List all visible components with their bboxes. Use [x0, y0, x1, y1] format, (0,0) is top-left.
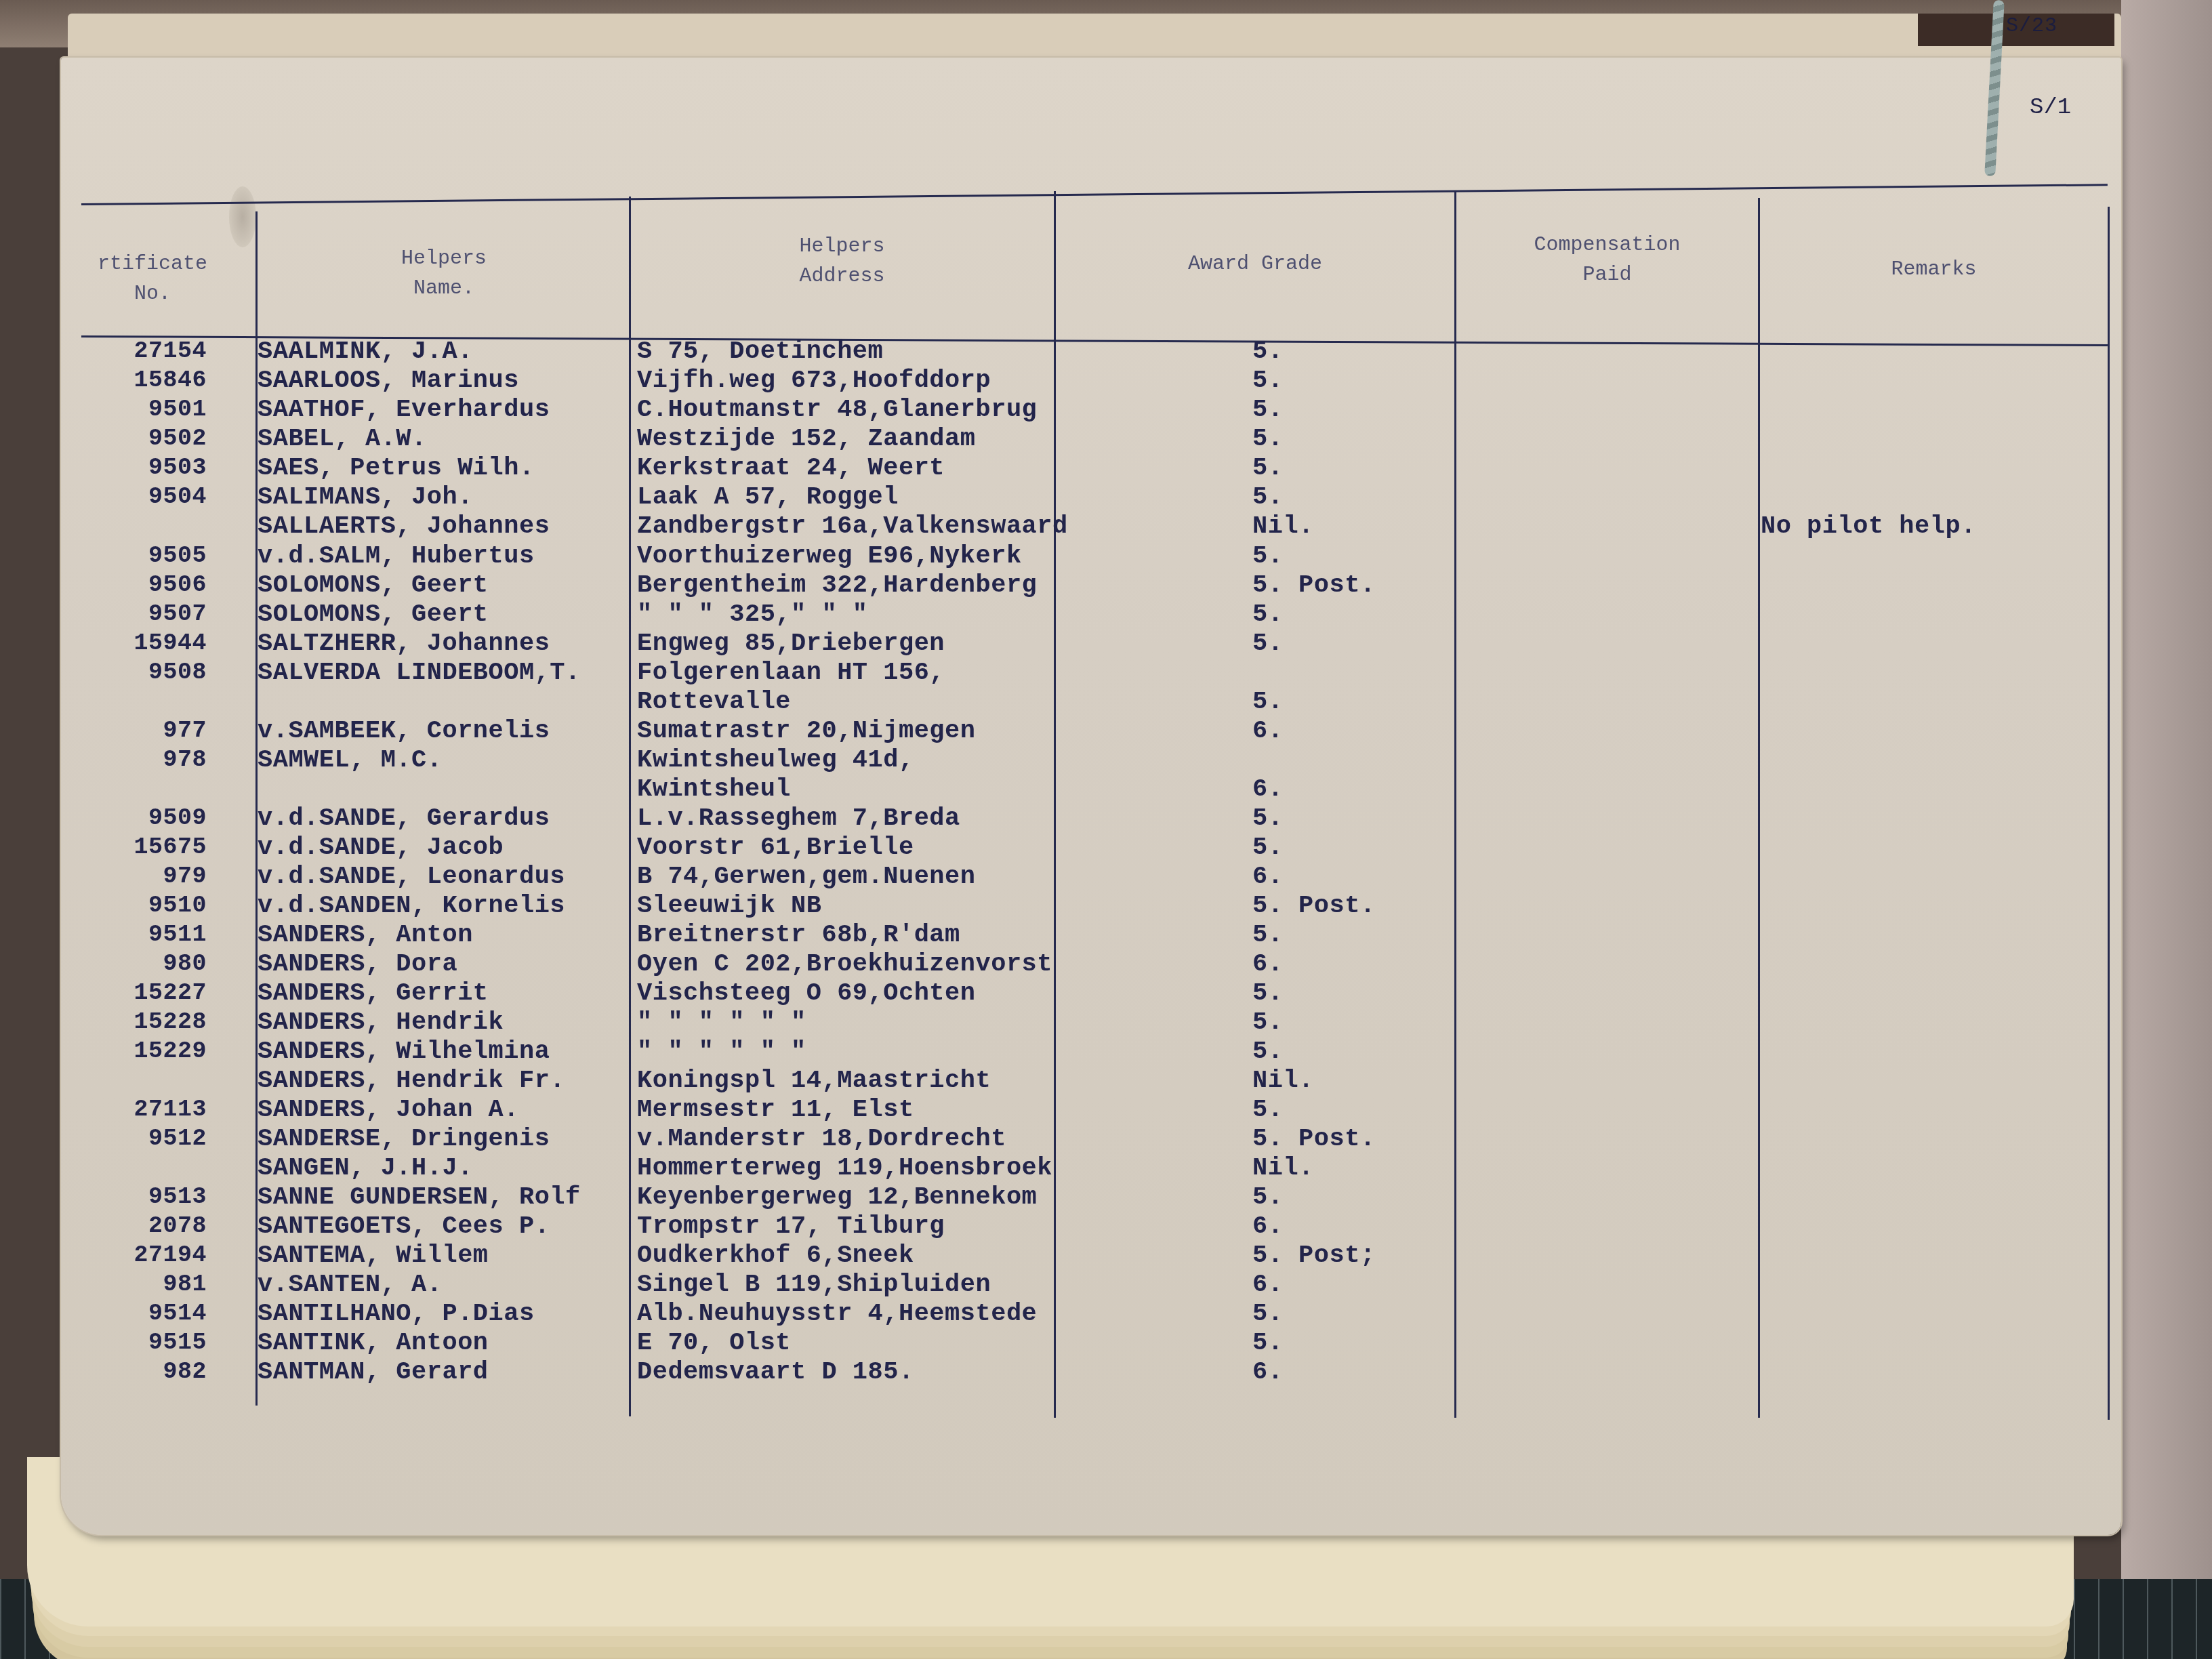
helper-name-cell: v.d.SANDE, Jacob	[258, 834, 504, 862]
helper-address-cell: " " " " " "	[637, 1008, 806, 1037]
table-row: 2078SANTEGOETS, Cees P.Trompstr 17, Tilb…	[0, 1212, 2212, 1242]
helper-name-cell: SAATHOF, Everhardus	[258, 396, 550, 424]
helper-name-cell: SALLAERTS, Johannes	[258, 512, 550, 541]
helper-name-cell: v.d.SALM, Hubertus	[258, 542, 535, 571]
table-row: 978SAMWEL, M.C.Kwintsheulweg 41d,6.Kwint…	[0, 746, 2212, 776]
helper-address-cell: Hommerterweg 119,Hoensbroek	[637, 1154, 1052, 1183]
helper-address-line2-cell: Rottevalle	[637, 688, 791, 716]
helper-address-cell: Zandbergstr 16a,Valkenswaard	[637, 512, 1068, 541]
helper-address-cell: Koningspl 14,Maastricht	[637, 1067, 991, 1095]
helper-name-cell: SANTMAN, Gerard	[258, 1358, 489, 1387]
award-grade-cell: 5.	[1252, 1300, 1283, 1328]
helper-name-cell: SANDERS, Johan A.	[258, 1096, 519, 1124]
certificate-no-cell: 9508	[105, 659, 207, 686]
header-certificate-no: rtificate No.	[75, 249, 230, 309]
punch-hole-icon	[229, 186, 256, 247]
certificate-no-cell: 9507	[105, 600, 207, 628]
award-grade-cell: 5. Post.	[1252, 571, 1376, 600]
helper-name-cell: SANTILHANO, P.Dias	[258, 1300, 535, 1328]
index-tab-label: S/23	[2006, 15, 2057, 38]
table-row: 9515SANTINK, AntoonE 70, Olst5.	[0, 1329, 2212, 1359]
table-row: 9510v.d.SANDEN, KornelisSleeuwijk NB5. P…	[0, 892, 2212, 922]
certificate-no-cell: 2078	[105, 1212, 207, 1240]
header-award-grade: Award Grade	[1056, 249, 1454, 279]
award-grade-cell: 5. Post;	[1252, 1242, 1376, 1270]
certificate-no-cell: 9506	[105, 571, 207, 598]
certificate-no-cell: 15228	[105, 1008, 207, 1036]
award-grade-cell: 6.	[1252, 1271, 1283, 1299]
header-compensation-paid: Compensation Paid	[1456, 230, 1758, 290]
helper-address-cell: Engweg 85,Driebergen	[637, 630, 945, 658]
table-row: 15228SANDERS, Hendrik" " " " " "5.	[0, 1008, 2212, 1038]
helper-address-cell: L.v.Rasseghem 7,Breda	[637, 804, 960, 833]
table-row: 9511SANDERS, AntonBreitnerstr 68b,R'dam5…	[0, 921, 2212, 951]
helper-address-cell: Trompstr 17, Tilburg	[637, 1212, 945, 1241]
certificate-no-cell: 9503	[105, 454, 207, 481]
table-row: SANGEN, J.H.J.Hommerterweg 119,Hoensbroe…	[0, 1154, 2212, 1184]
helper-name-cell: SAALMINK, J.A.	[258, 337, 473, 366]
helper-address-cell: Oudkerkhof 6,Sneek	[637, 1242, 914, 1270]
certificate-no-cell: 978	[105, 746, 207, 773]
award-grade-cell: 5.	[1252, 1038, 1283, 1066]
helper-name-cell: SANNE GUNDERSEN, Rolf	[258, 1183, 581, 1212]
helper-name-cell: SOLOMONS, Geert	[258, 600, 489, 629]
certificate-no-cell: 9504	[105, 483, 207, 510]
table-row: 9502SABEL, A.W.Westzijde 152, Zaandam5.	[0, 425, 2212, 455]
helper-name-cell: SALIMANS, Joh.	[258, 483, 473, 512]
certificate-no-cell: 9514	[105, 1300, 207, 1327]
table-row: 980SANDERS, DoraOyen C 202,Broekhuizenvo…	[0, 950, 2212, 980]
certificate-no-cell: 9509	[105, 804, 207, 832]
table-row: 9506SOLOMONS, GeertBergentheim 322,Harde…	[0, 571, 2212, 601]
award-grade-cell: 5.	[1252, 1183, 1283, 1212]
table-row: 9513SANNE GUNDERSEN, RolfKeyenbergerweg …	[0, 1183, 2212, 1213]
table-row: 9508SALVERDA LINDEBOOM,T.Folgerenlaan HT…	[0, 659, 2212, 689]
helper-name-cell: SANTEGOETS, Cees P.	[258, 1212, 550, 1241]
helper-address-cell: B 74,Gerwen,gem.Nuenen	[637, 863, 975, 891]
certificate-no-cell: 980	[105, 950, 207, 977]
helper-address-line2-cell: Kwintsheul	[637, 775, 791, 804]
helper-address-cell: Laak A 57, Roggel	[637, 483, 899, 512]
helper-address-cell: Alb.Neuhuysstr 4,Heemstede	[637, 1300, 1037, 1328]
award-grade-cell: 5.	[1252, 600, 1283, 629]
helper-name-cell: v.d.SANDE, Leonardus	[258, 863, 565, 891]
award-grade-cell: 5.	[1252, 1329, 1283, 1357]
helper-address-cell: " " " " " "	[637, 1038, 806, 1066]
certificate-no-cell: 982	[105, 1358, 207, 1385]
helper-address-cell: Vischsteeg O 69,Ochten	[637, 979, 975, 1008]
helper-address-cell: E 70, Olst	[637, 1329, 791, 1357]
helper-name-cell: v.SAMBEEK, Cornelis	[258, 717, 550, 745]
helper-name-cell: SANDERS, Gerrit	[258, 979, 489, 1008]
helper-address-cell: Sleeuwijk NB	[637, 892, 821, 920]
certificate-no-cell: 9502	[105, 425, 207, 452]
helper-name-cell: SALTZHERR, Johannes	[258, 630, 550, 658]
certificate-no-cell: 9501	[105, 396, 207, 423]
helper-address-cell: Dedemsvaart D 185.	[637, 1358, 914, 1387]
award-grade-cell: 5.	[1252, 921, 1283, 949]
award-grade-cell: 5.	[1252, 1096, 1283, 1124]
certificate-no-cell: 979	[105, 863, 207, 890]
award-grade-cell: 5.	[1252, 425, 1283, 453]
helper-address-cell: Voorthuizerweg E96,Nykerk	[637, 542, 1022, 571]
remarks-cell: No pilot help.	[1761, 512, 1976, 541]
award-grade-cell: 5.	[1252, 454, 1283, 483]
helper-address-cell: S 75, Doetinchem	[637, 337, 883, 366]
helper-name-cell: SAARLOOS, Marinus	[258, 367, 519, 395]
table-row: 15227SANDERS, GerritVischsteeg O 69,Ocht…	[0, 979, 2212, 1009]
table-row: 9514SANTILHANO, P.DiasAlb.Neuhuysstr 4,H…	[0, 1300, 2212, 1330]
helper-name-cell: SANTEMA, Willem	[258, 1242, 489, 1270]
table-row: 9503SAES, Petrus Wilh.Kerkstraat 24, Wee…	[0, 454, 2212, 484]
helper-name-cell: SANTINK, Antoon	[258, 1329, 489, 1357]
table-row: 15675v.d.SANDE, JacobVoorstr 61,Brielle5…	[0, 834, 2212, 863]
helper-name-cell: v.d.SANDEN, Kornelis	[258, 892, 565, 920]
helper-address-cell: Keyenbergerweg 12,Bennekom	[637, 1183, 1037, 1212]
helper-address-cell: Westzijde 152, Zaandam	[637, 425, 975, 453]
helper-name-cell: SAMWEL, M.C.	[258, 746, 442, 775]
helper-address-cell: Oyen C 202,Broekhuizenvorst	[637, 950, 1052, 979]
helper-address-cell: Sumatrastr 20,Nijmegen	[637, 717, 975, 745]
page-number: S/1	[2030, 95, 2071, 121]
table-row: 9509v.d.SANDE, GerardusL.v.Rasseghem 7,B…	[0, 804, 2212, 834]
certificate-no-cell: 9505	[105, 542, 207, 569]
award-grade-cell: 6.	[1252, 863, 1283, 891]
certificate-no-cell: 27113	[105, 1096, 207, 1123]
certificate-no-cell: 977	[105, 717, 207, 744]
table-row: 977v.SAMBEEK, CornelisSumatrastr 20,Nijm…	[0, 717, 2212, 747]
award-grade-cell: 6.	[1252, 775, 1283, 804]
award-grade-cell: 5.	[1252, 688, 1283, 716]
helper-name-cell: v.SANTEN, A.	[258, 1271, 442, 1299]
certificate-no-cell: 9512	[105, 1125, 207, 1152]
helper-address-cell: Breitnerstr 68b,R'dam	[637, 921, 960, 949]
helper-address-cell: Vijfh.weg 673,Hoofddorp	[637, 367, 991, 395]
helper-name-cell: SALVERDA LINDEBOOM,T.	[258, 659, 581, 687]
certificate-no-cell: 27154	[105, 337, 207, 365]
helper-name-cell: SOLOMONS, Geert	[258, 571, 489, 600]
table-row: 27154SAALMINK, J.A.S 75, Doetinchem5.	[0, 337, 2212, 367]
helper-name-cell: SANDERSE, Dringenis	[258, 1125, 550, 1153]
award-grade-cell: 5.	[1252, 804, 1283, 833]
certificate-no-cell: 15229	[105, 1038, 207, 1065]
table-row: 9512SANDERSE, Dringenisv.Manderstr 18,Do…	[0, 1125, 2212, 1155]
table-row: 9501SAATHOF, EverhardusC.Houtmanstr 48,G…	[0, 396, 2212, 426]
helper-address-cell: Kerkstraat 24, Weert	[637, 454, 945, 483]
award-grade-cell: 5.	[1252, 542, 1283, 571]
helper-address-cell: v.Manderstr 18,Dordrecht	[637, 1125, 1006, 1153]
award-grade-cell: 6.	[1252, 1212, 1283, 1241]
table-row: 27113SANDERS, Johan A.Mermsestr 11, Elst…	[0, 1096, 2212, 1126]
certificate-no-cell: 9515	[105, 1329, 207, 1356]
award-grade-cell: 5. Post.	[1252, 1125, 1376, 1153]
header-helpers-address: Helpers Address	[630, 232, 1054, 291]
award-grade-cell: 5.	[1252, 630, 1283, 658]
table-row: 9504SALIMANS, Joh.Laak A 57, Roggel5.	[0, 483, 2212, 513]
award-grade-cell: 5.	[1252, 396, 1283, 424]
helper-address-cell: Kwintsheulweg 41d,	[637, 746, 914, 775]
award-grade-cell: 5.	[1252, 1008, 1283, 1037]
helper-address-cell: Folgerenlaan HT 156,	[637, 659, 945, 687]
award-grade-cell: Nil.	[1252, 1067, 1314, 1095]
award-grade-cell: 5. Post.	[1252, 892, 1376, 920]
certificate-no-cell: 981	[105, 1271, 207, 1298]
certificate-no-cell: 15675	[105, 834, 207, 861]
helper-name-cell: SABEL, A.W.	[258, 425, 427, 453]
helper-name-cell: SANDERS, Dora	[258, 950, 457, 979]
table-row: SALLAERTS, JohannesZandbergstr 16a,Valke…	[0, 512, 2212, 542]
award-grade-cell: 6.	[1252, 950, 1283, 979]
helper-name-cell: SANDERS, Hendrik	[258, 1008, 504, 1037]
table-row: 981v.SANTEN, A.Singel B 119,Shipluiden6.	[0, 1271, 2212, 1300]
award-grade-cell: 5.	[1252, 337, 1283, 366]
table-row: 9507SOLOMONS, Geert" " " 325," " "5.	[0, 600, 2212, 630]
table-row: 27194SANTEMA, WillemOudkerkhof 6,Sneek5.…	[0, 1242, 2212, 1271]
certificate-no-cell: 9513	[105, 1183, 207, 1210]
table-row: SANDERS, Hendrik Fr.Koningspl 14,Maastri…	[0, 1067, 2212, 1097]
award-grade-cell: 5.	[1252, 367, 1283, 395]
certificate-no-cell: 15944	[105, 630, 207, 657]
helper-name-cell: SANGEN, J.H.J.	[258, 1154, 473, 1183]
table-row: 15229SANDERS, Wilhelmina" " " " " "5.	[0, 1038, 2212, 1067]
helper-name-cell: SANDERS, Anton	[258, 921, 473, 949]
certificate-no-cell: 15846	[105, 367, 207, 394]
certificate-no-cell: 15227	[105, 979, 207, 1006]
certificate-no-cell: 9511	[105, 921, 207, 948]
award-grade-cell: 5.	[1252, 834, 1283, 862]
award-grade-cell: 6.	[1252, 1358, 1283, 1387]
helper-address-cell: Mermsestr 11, Elst	[637, 1096, 914, 1124]
table-row: 9505v.d.SALM, HubertusVoorthuizerweg E96…	[0, 542, 2212, 572]
header-remarks: Remarks	[1760, 255, 2108, 285]
award-grade-cell: 5.	[1252, 483, 1283, 512]
table-row: 979v.d.SANDE, LeonardusB 74,Gerwen,gem.N…	[0, 863, 2212, 893]
award-grade-cell: Nil.	[1252, 512, 1314, 541]
table-row: 15846SAARLOOS, MarinusVijfh.weg 673,Hoof…	[0, 367, 2212, 396]
table-row: 15944SALTZHERR, JohannesEngweg 85,Driebe…	[0, 630, 2212, 659]
helper-name-cell: v.d.SANDE, Gerardus	[258, 804, 550, 833]
table-row: 982SANTMAN, GerardDedemsvaart D 185.6.	[0, 1358, 2212, 1388]
helper-address-cell: C.Houtmanstr 48,Glanerbrug	[637, 396, 1037, 424]
award-grade-cell: 6.	[1252, 717, 1283, 745]
helper-address-cell: Bergentheim 322,Hardenberg	[637, 571, 1037, 600]
helper-address-cell: Singel B 119,Shipluiden	[637, 1271, 991, 1299]
helper-address-cell: " " " 325," " "	[637, 600, 868, 629]
helper-address-cell: Voorstr 61,Brielle	[637, 834, 914, 862]
helper-name-cell: SAES, Petrus Wilh.	[258, 454, 535, 483]
header-helpers-name: Helpers Name.	[258, 244, 630, 304]
certificate-no-cell: 27194	[105, 1242, 207, 1269]
award-grade-cell: 5.	[1252, 979, 1283, 1008]
helper-name-cell: SANDERS, Wilhelmina	[258, 1038, 550, 1066]
helper-name-cell: SANDERS, Hendrik Fr.	[258, 1067, 565, 1095]
award-grade-cell: Nil.	[1252, 1154, 1314, 1183]
certificate-no-cell: 9510	[105, 892, 207, 919]
